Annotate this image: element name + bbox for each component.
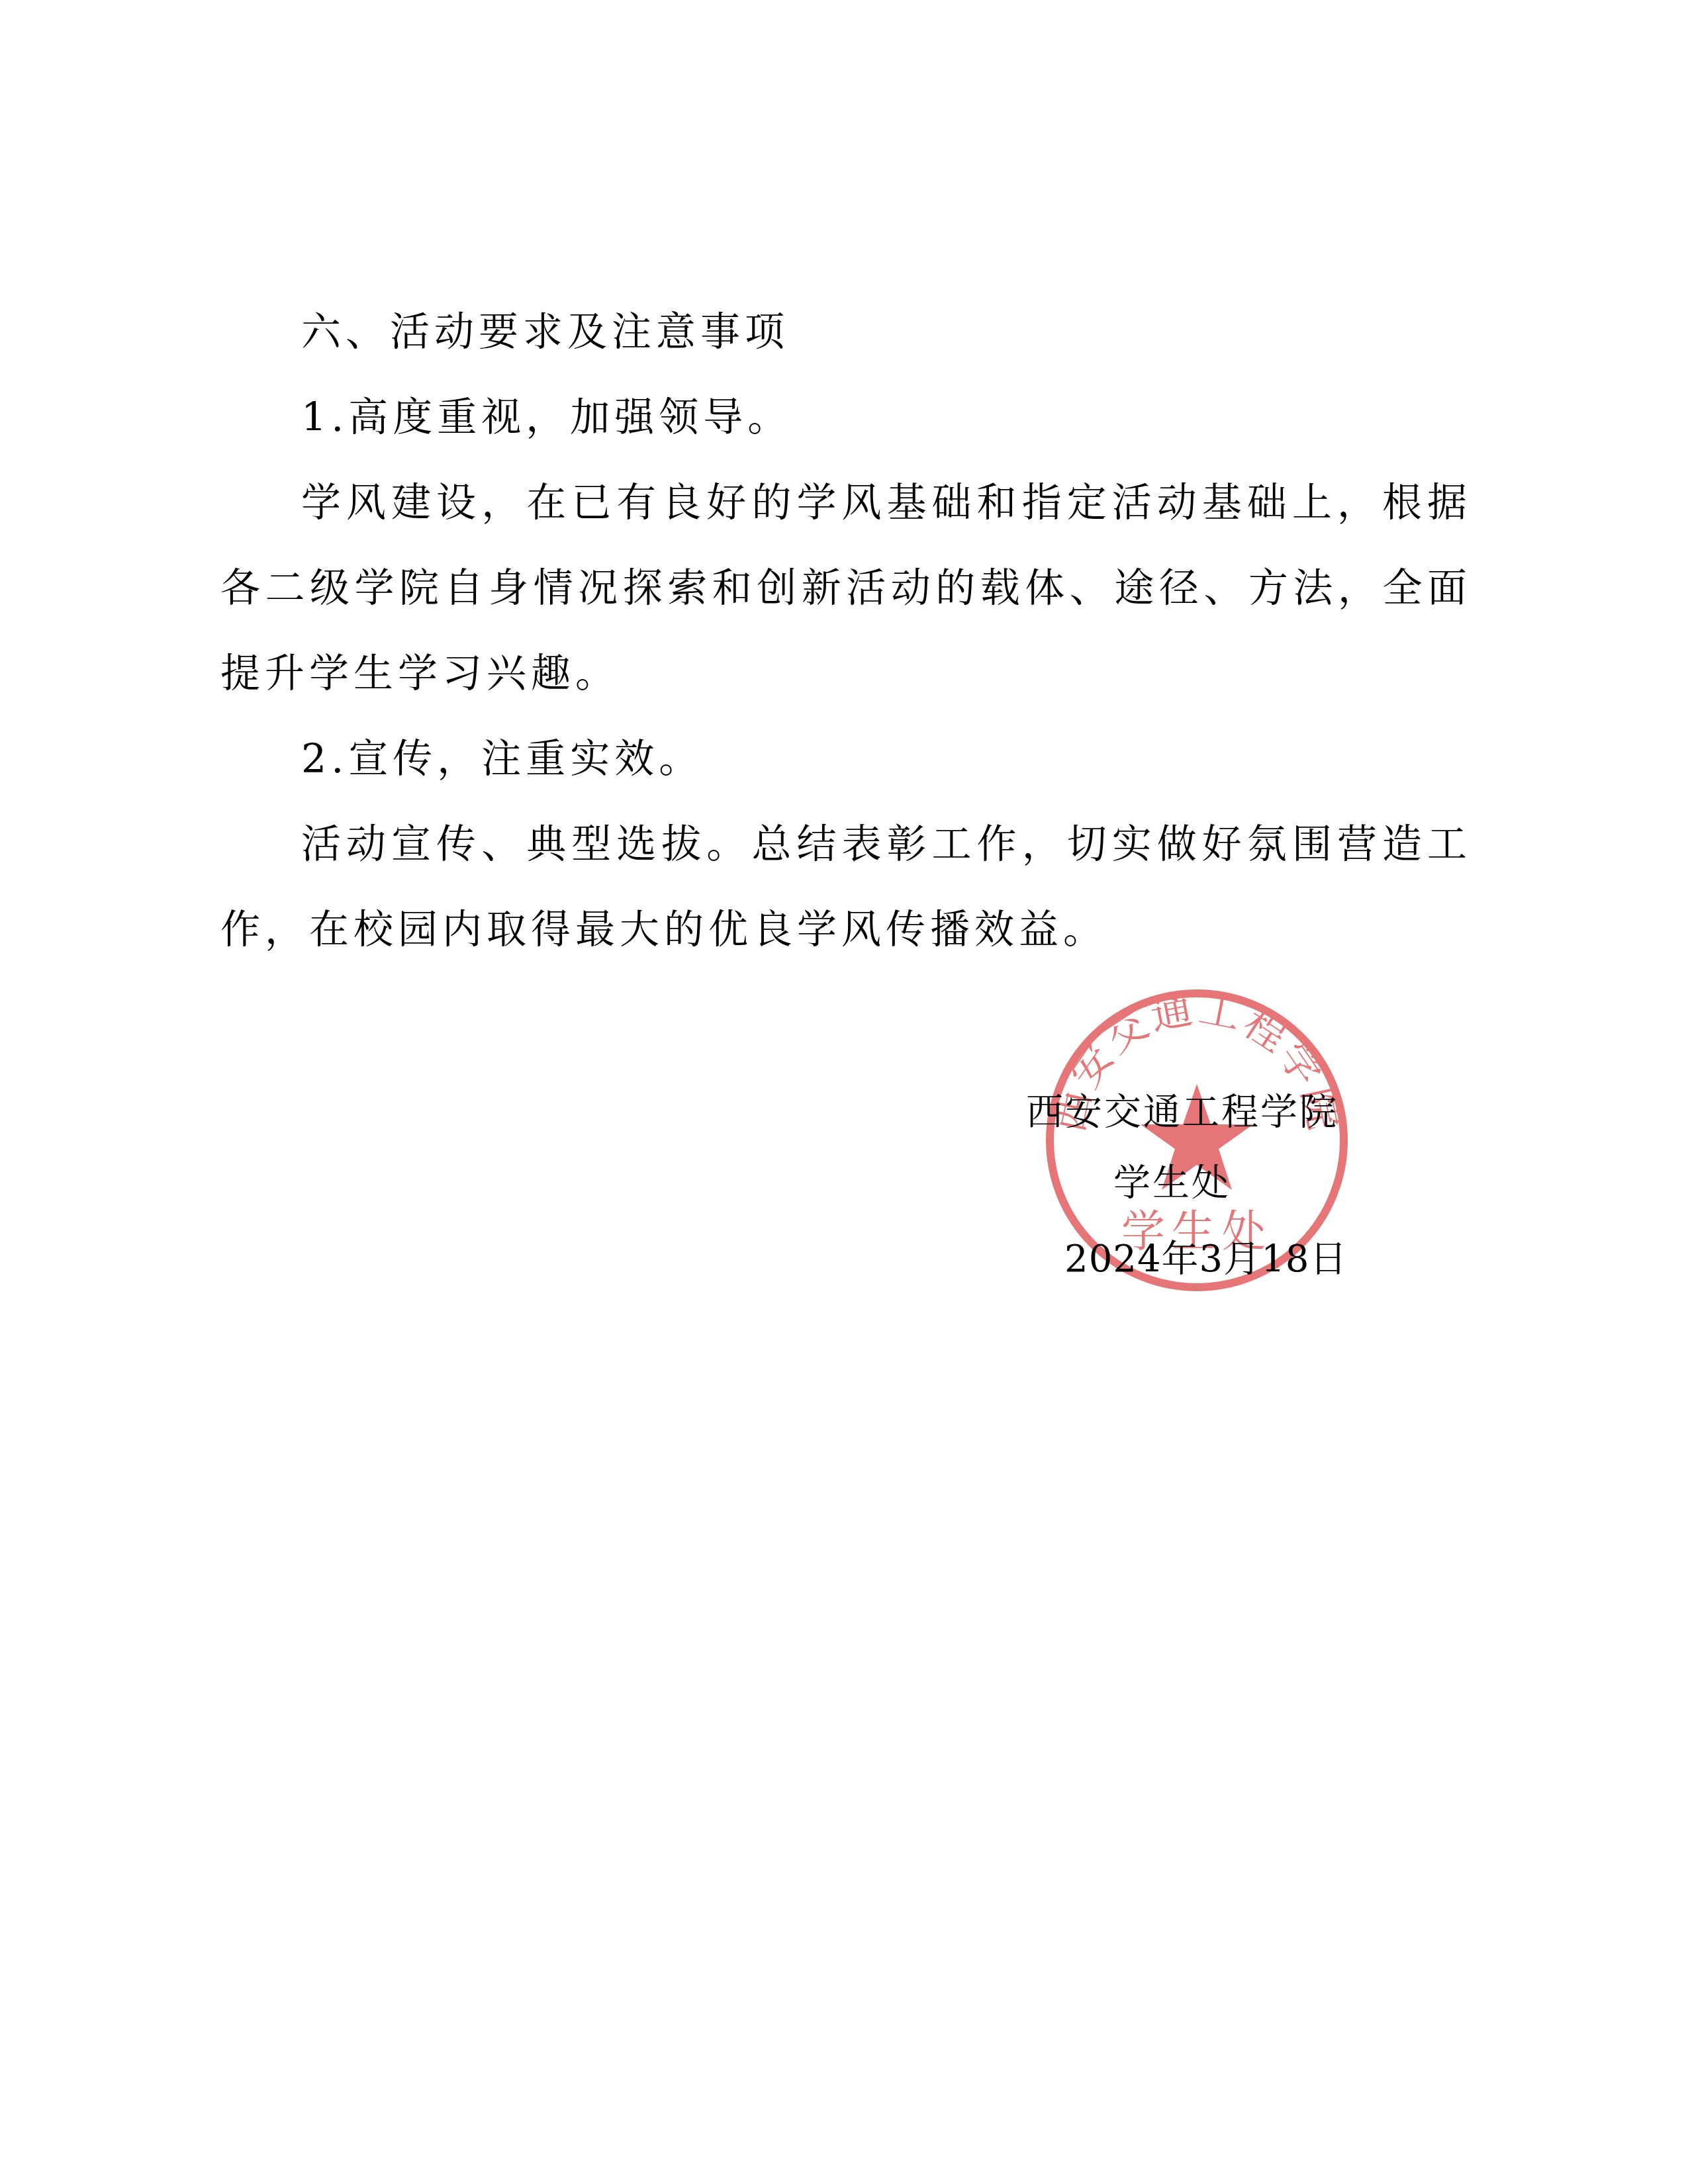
document-body: 六、活动要求及注意事项 1.高度重视，加强领导。 学风建设，在已有良好的学风基础… bbox=[220, 290, 1472, 973]
document-page: 六、活动要求及注意事项 1.高度重视，加强领导。 学风建设，在已有良好的学风基础… bbox=[0, 0, 1688, 2184]
signature-department: 学生处 bbox=[1113, 1146, 1231, 1220]
item2-heading: 2.宣传，注重实效。 bbox=[220, 717, 1472, 802]
signature-organization: 西安交通工程学院 bbox=[1026, 1075, 1338, 1150]
item1-heading: 1.高度重视，加强领导。 bbox=[220, 375, 1472, 461]
section-heading: 六、活动要求及注意事项 bbox=[220, 290, 1472, 375]
item1-body: 学风建设，在已有良好的学风基础和指定活动基础上，根据各二级学院自身情况探索和创新… bbox=[220, 461, 1472, 717]
signature-date: 2024年3月18日 bbox=[1064, 1222, 1347, 1297]
item2-body: 活动宣传、典型选拔。总结表彰工作，切实做好氛围营造工作，在校园内取得最大的优良学… bbox=[220, 802, 1472, 973]
